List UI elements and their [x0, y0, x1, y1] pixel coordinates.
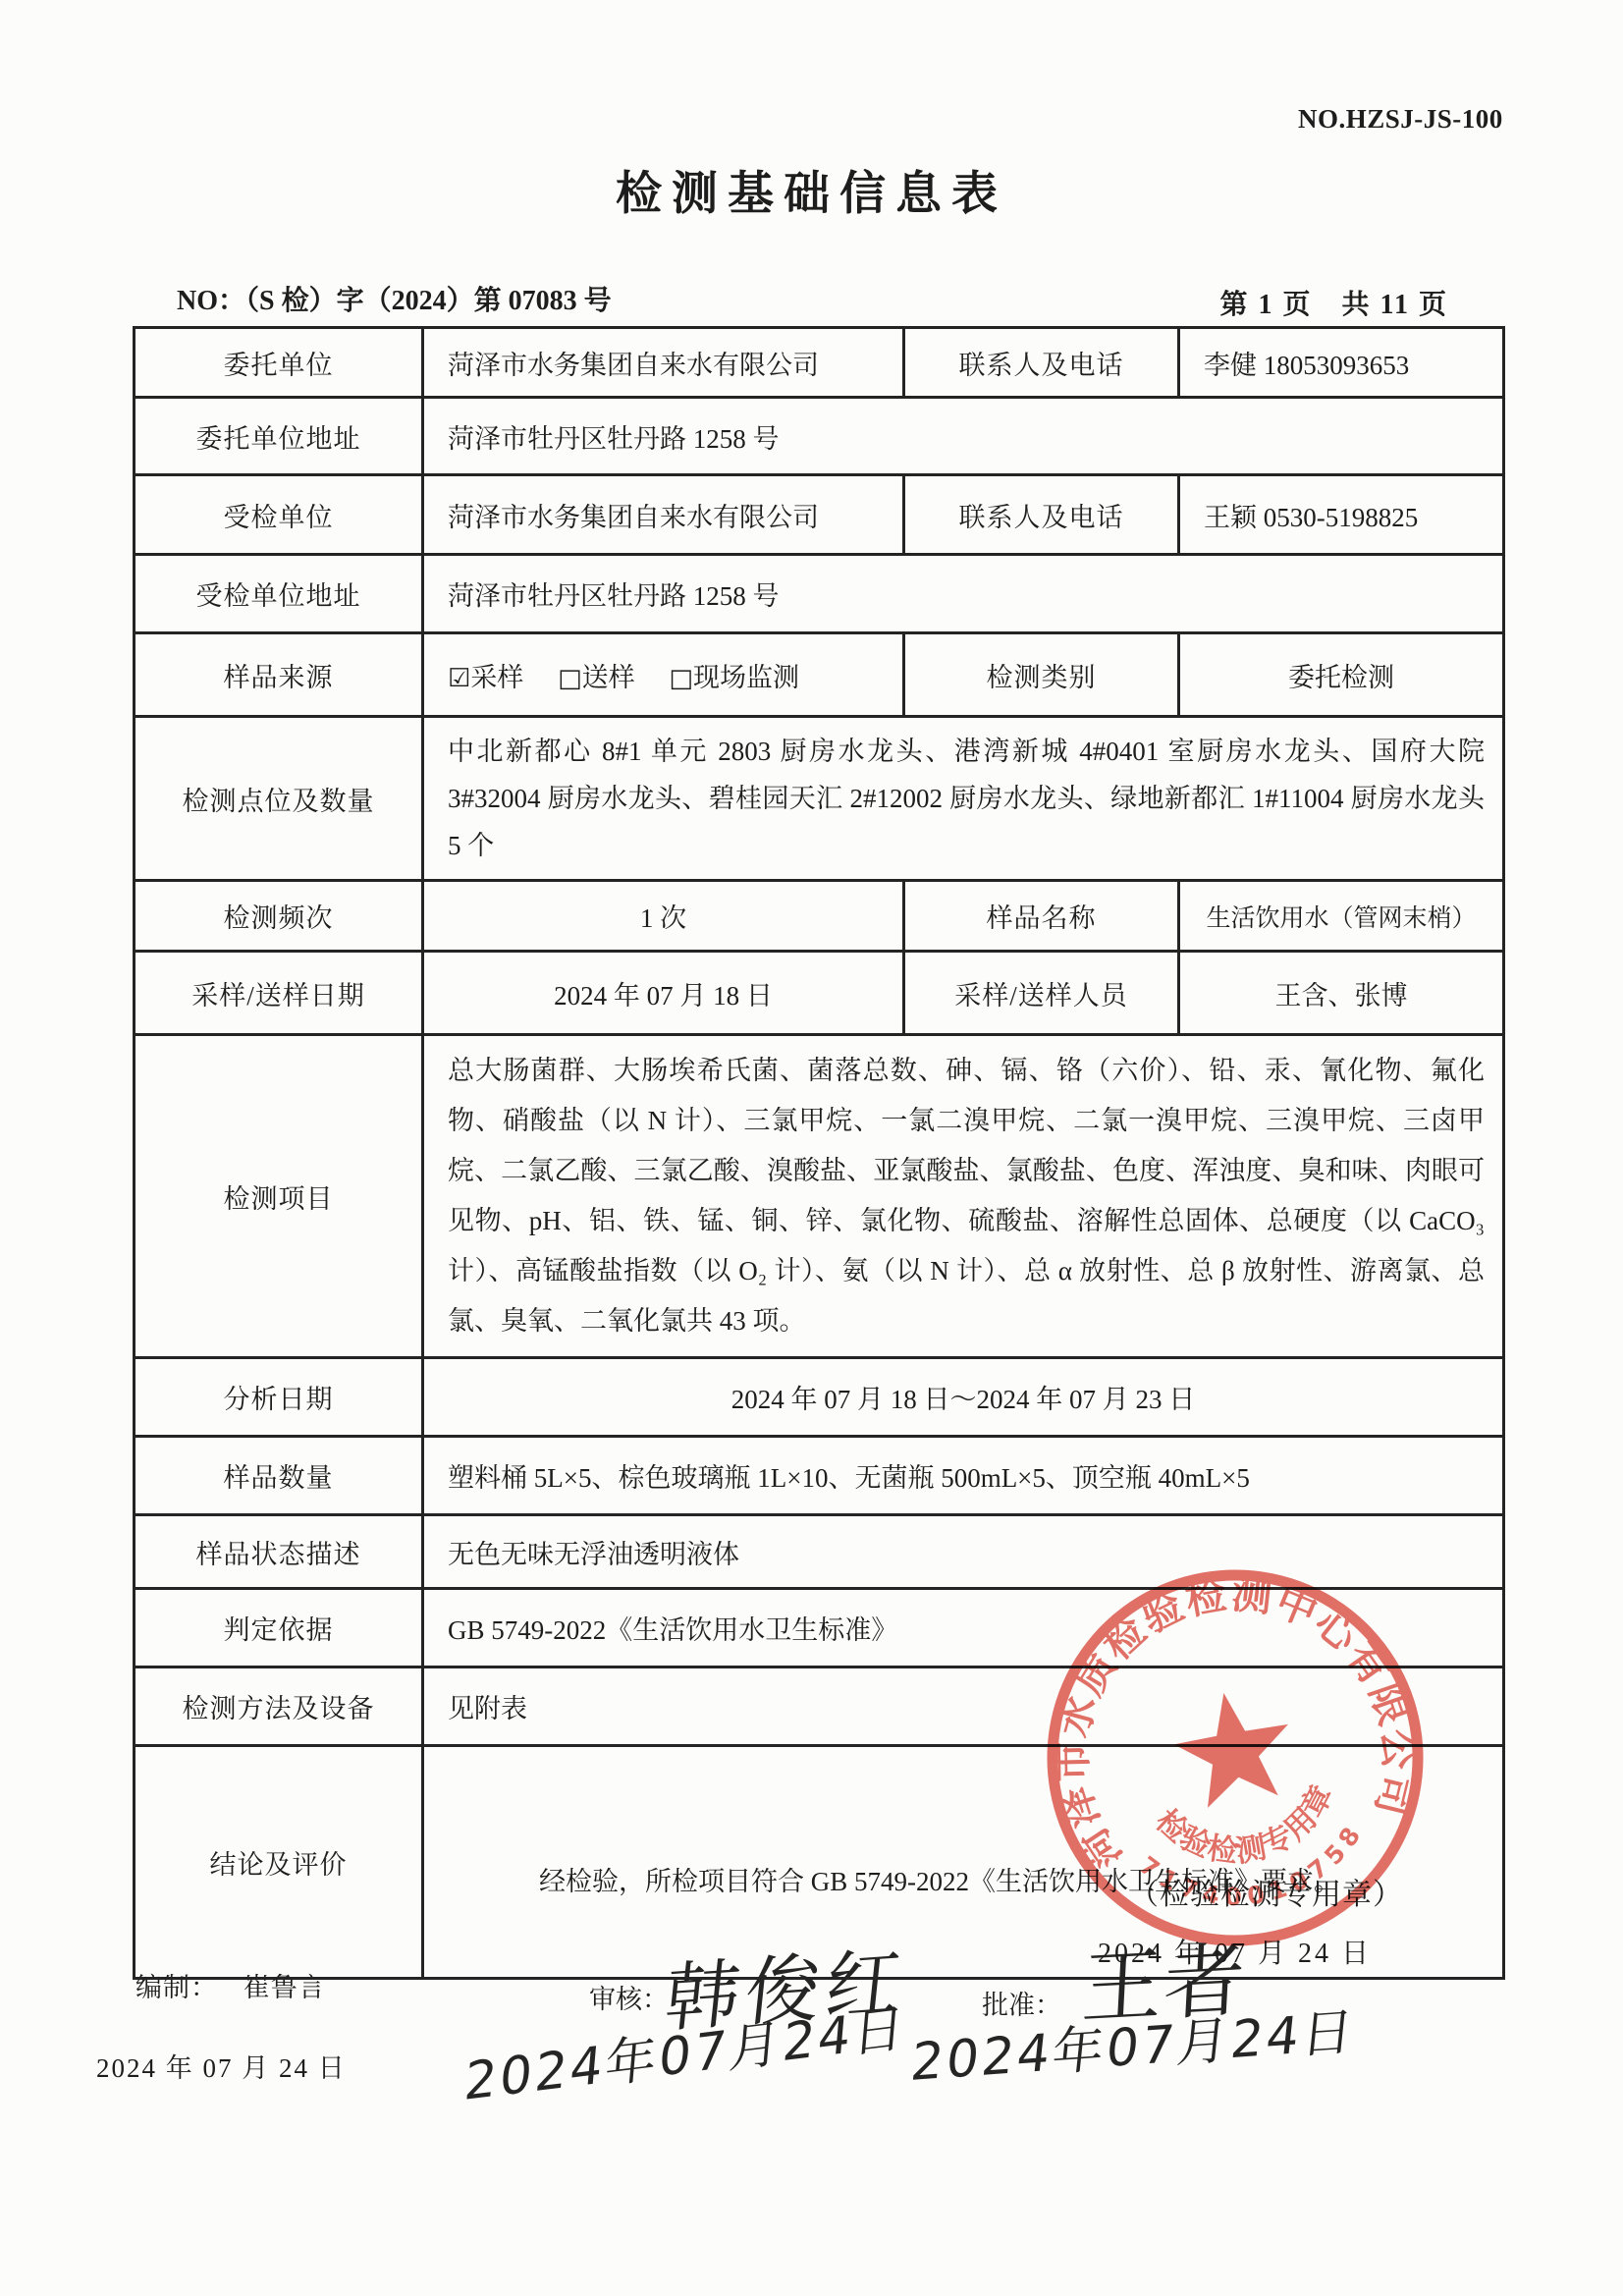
page-title: 检测基础信息表 — [0, 157, 1623, 223]
prepared-date: 2024 年 07 月 24 日 — [96, 2047, 347, 2085]
basis-label: 判定依据 — [135, 1589, 423, 1667]
table-row: 委托单位 菏泽市水务集团自来水有限公司 联系人及电话 李健 1805309365… — [135, 328, 1504, 398]
option-onsite: □现场监测 — [669, 663, 799, 692]
unchecked-checkbox-icon: □ — [669, 664, 693, 693]
table-row: 样品状态描述 无色无味无浮油透明液体 — [135, 1515, 1504, 1589]
inspected-label: 受检单位 — [135, 475, 423, 555]
sample-name-label: 样品名称 — [904, 881, 1179, 952]
conclusion-date: 2024 年 07 月 24 日 — [1098, 1932, 1372, 1971]
contact2-label: 联系人及电话 — [904, 475, 1179, 555]
approve-date-handwritten: 2024年07月24日 — [908, 1990, 1361, 2095]
inspected-addr-label: 受检单位地址 — [135, 555, 423, 633]
basis-value: GB 5749-2022《生活饮用水卫生标准》 — [423, 1589, 1504, 1667]
inspected-addr-value: 菏泽市牡丹区牡丹路 1258 号 — [423, 555, 1504, 633]
checked-checkbox-icon: ☑ — [448, 664, 470, 693]
state-label: 样品状态描述 — [135, 1515, 423, 1589]
table-row: 样品来源 ☑采样 □送样 □现场监测 检测类别 委托检测 — [135, 633, 1504, 717]
page-count: 第 1 页 共 11 页 — [1220, 283, 1448, 322]
table-row: 检测点位及数量 中北新都心 8#1 单元 2803 厨房水龙头、港湾新城 4#0… — [135, 717, 1504, 881]
table-row: 委托单位地址 菏泽市牡丹区牡丹路 1258 号 — [135, 398, 1504, 475]
unchecked-checkbox-icon: □ — [558, 664, 582, 693]
table-row: 分析日期 2024 年 07 月 18 日～2024 年 07 月 23 日 — [135, 1358, 1504, 1437]
sampling-date-value: 2024 年 07 月 18 日 — [423, 952, 904, 1035]
method-value: 见附表 — [423, 1667, 1504, 1746]
client-addr-label: 委托单位地址 — [135, 398, 423, 475]
test-category-label: 检测类别 — [904, 633, 1179, 717]
table-row: 检测方法及设备 见附表 — [135, 1667, 1504, 1746]
points-label: 检测点位及数量 — [135, 717, 423, 881]
option-sampling: ☑采样 — [448, 663, 523, 692]
scanned-report-page: NO.HZSJ-JS-100 检测基础信息表 NO：（S 检）字（2024）第 … — [0, 0, 1623, 2296]
info-table: 委托单位 菏泽市水务集团自来水有限公司 联系人及电话 李健 1805309365… — [133, 326, 1505, 1980]
seal-note: （检验检测专用章） — [1129, 1870, 1403, 1913]
analysis-date-label: 分析日期 — [135, 1358, 423, 1437]
table-row: 样品数量 塑料桶 5L×5、棕色玻璃瓶 1L×10、无菌瓶 500mL×5、顶空… — [135, 1437, 1504, 1515]
conclusion-cell: 经检验，所检项目符合 GB 5749-2022《生活饮用水卫生标准》要求。 （检… — [423, 1746, 1504, 1979]
items-value: 总大肠菌群、大肠埃希氏菌、菌落总数、砷、镉、铬（六价）、铅、汞、氰化物、氟化物、… — [423, 1035, 1504, 1358]
frequency-label: 检测频次 — [135, 881, 423, 952]
table-row: 检测频次 1 次 样品名称 生活饮用水（管网末梢） — [135, 881, 1504, 952]
sampling-date-label: 采样/送样日期 — [135, 952, 423, 1035]
table-row: 采样/送样日期 2024 年 07 月 18 日 采样/送样人员 王含、张博 — [135, 952, 1504, 1035]
option-label: 现场监测 — [693, 663, 799, 692]
quantity-label: 样品数量 — [135, 1437, 423, 1515]
test-category-value: 委托检测 — [1179, 633, 1504, 717]
contact1-value: 李健 18053093653 — [1179, 328, 1504, 398]
contact1-label: 联系人及电话 — [904, 328, 1179, 398]
option-label: 采样 — [470, 663, 523, 692]
quantity-value: 塑料桶 5L×5、棕色玻璃瓶 1L×10、无菌瓶 500mL×5、顶空瓶 40m… — [423, 1437, 1504, 1515]
table-row: 检测项目 总大肠菌群、大肠埃希氏菌、菌落总数、砷、镉、铬（六价）、铅、汞、氰化物… — [135, 1035, 1504, 1358]
sample-name-value: 生活饮用水（管网末梢） — [1179, 881, 1504, 952]
sampler-value: 王含、张博 — [1179, 952, 1504, 1035]
report-number: NO：（S 检）字（2024）第 07083 号 — [177, 279, 612, 318]
points-value: 中北新都心 8#1 单元 2803 厨房水龙头、港湾新城 4#0401 室厨房水… — [423, 717, 1504, 881]
table-row: 受检单位 菏泽市水务集团自来水有限公司 联系人及电话 王颖 0530-51988… — [135, 475, 1504, 555]
review-label: 审核： — [589, 1978, 669, 2016]
sample-source-label: 样品来源 — [135, 633, 423, 717]
table-row: 判定依据 GB 5749-2022《生活饮用水卫生标准》 — [135, 1589, 1504, 1667]
contact2-value: 王颖 0530-5198825 — [1179, 475, 1504, 555]
form-code: NO.HZSJ-JS-100 — [1298, 104, 1534, 135]
frequency-value: 1 次 — [423, 881, 904, 952]
analysis-date-value: 2024 年 07 月 18 日～2024 年 07 月 23 日 — [423, 1358, 1504, 1437]
inspected-value: 菏泽市水务集团自来水有限公司 — [423, 475, 904, 555]
client-addr-value: 菏泽市牡丹区牡丹路 1258 号 — [423, 398, 1504, 475]
client-value: 菏泽市水务集团自来水有限公司 — [423, 328, 904, 398]
sampler-label: 采样/送样人员 — [904, 952, 1179, 1035]
sample-source-options: ☑采样 □送样 □现场监测 — [423, 633, 904, 717]
option-delivered: □送样 — [558, 663, 635, 692]
report-number-line: NO：（S 检）字（2024）第 07083 号 第 1 页 共 11 页 — [133, 279, 1502, 318]
table-row: 结论及评价 经检验，所检项目符合 GB 5749-2022《生活饮用水卫生标准》… — [135, 1746, 1504, 1979]
table-row: 受检单位地址 菏泽市牡丹区牡丹路 1258 号 — [135, 555, 1504, 633]
conclusion-label: 结论及评价 — [135, 1746, 423, 1979]
state-value: 无色无味无浮油透明液体 — [423, 1515, 1504, 1589]
option-label: 送样 — [582, 663, 635, 692]
client-label: 委托单位 — [135, 328, 423, 398]
method-label: 检测方法及设备 — [135, 1667, 423, 1746]
items-label: 检测项目 — [135, 1035, 423, 1358]
